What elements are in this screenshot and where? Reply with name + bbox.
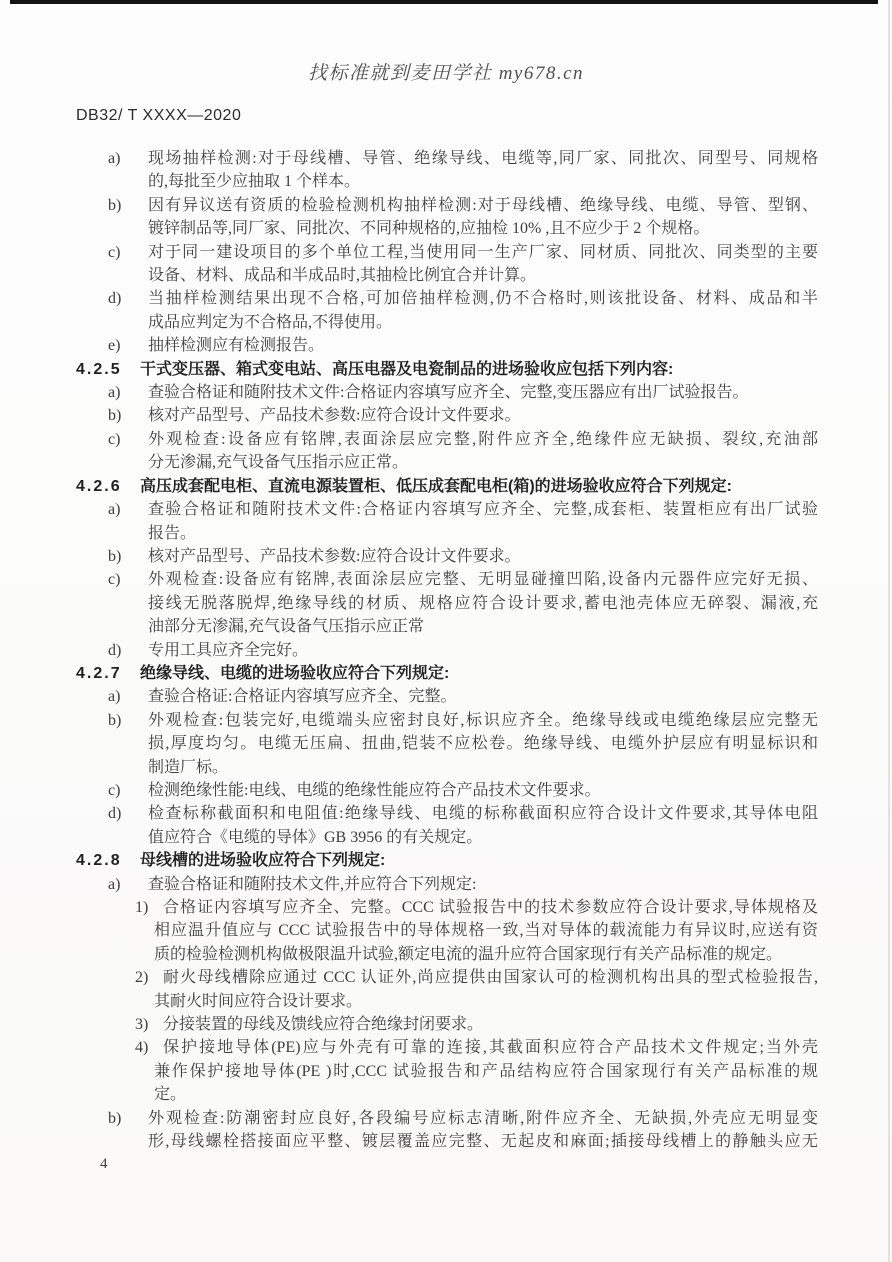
text-line: 对于同一建设项目的多个单位工程,当使用同一生产厂家、同材质、同批次、同类型的主要: [108, 241, 818, 264]
text-line: 形,母线螺栓搭接面应平整、镀层覆盖应完整、无起皮和麻面;插接母线槽上的静触头应无: [108, 1130, 818, 1153]
text-line: 质的检验检测机构做极限温升试验,额定电流的温升应符合国家现行有关产品标准的规定。: [135, 943, 818, 966]
item-label: c): [108, 241, 120, 264]
text-line: 抽样检测应有检测报告。: [108, 334, 818, 357]
text-line: 查验合格证和随附技术文件:合格证内容填写应齐全、完整,变压器应有出厂试验报告。: [108, 381, 818, 404]
item-label: 3): [135, 1013, 148, 1036]
text-line: 母线槽的进场验收应符合下列规定:: [76, 849, 818, 872]
item-label: d): [108, 802, 121, 825]
text-line: 报告。: [108, 522, 818, 545]
text-line: 查验合格证:合格证内容填写应齐全、完整。: [108, 685, 818, 708]
text-line: 检测绝缘性能:电线、电缆的绝缘性能应符合产品技术文件要求。: [108, 779, 818, 802]
list-item: 2)耐火母线槽除应通过 CCC 认证外,尚应提供由国家认可的检测机构出具的型式检…: [135, 966, 818, 1013]
list-item: a)现场抽样检测:对于母线槽、导管、绝缘导线、电缆等,同厂家、同批次、同型号、同…: [108, 147, 818, 194]
text-line: 兼作保护接地导体(PE )时,CCC 试验报告和产品结构应符合国家现行有关产品标…: [135, 1060, 818, 1083]
text-line: 镀锌制品等,同厂家、同批次、不同种规格的,应抽检 10% ,且不应少于 2 个规…: [108, 217, 818, 240]
list-item: d)当抽样检测结果出现不合格,可加倍抽样检测,仍不合格时,则该批设备、材料、成品…: [108, 287, 818, 334]
list-item: 4)保护接地导体(PE)应与外壳有可靠的连接,其截面积应符合产品技术文件规定;当…: [135, 1036, 818, 1106]
text-line: 成品应判定为不合格品,不得使用。: [108, 311, 818, 334]
text-line: 绝缘导线、电缆的进场验收应符合下列规定:: [76, 662, 818, 685]
list-item: a)查验合格证和随附技术文件:合格证内容填写应齐全、完整,变压器应有出厂试验报告…: [108, 381, 818, 404]
text-line: 的,每批至少应抽取 1 个样本。: [108, 170, 818, 193]
text-line: 值应符合《电缆的导体》GB 3956 的有关规定。: [108, 826, 818, 849]
document-body: a)现场抽样检测:对于母线槽、导管、绝缘导线、电缆等,同厂家、同批次、同型号、同…: [0, 147, 892, 1153]
list-item: d)检查标称截面积和电阻值:绝缘导线、电缆的标称截面积应符合设计文件要求,其导体…: [108, 802, 818, 849]
list-item: c)对于同一建设项目的多个单位工程,当使用同一生产厂家、同材质、同批次、同类型的…: [108, 241, 818, 288]
scan-artifact-top-bar: [10, 0, 878, 4]
text-line: 外观检查:设备应有铭牌,表面涂层应完整,附件应齐全,绝缘件应无缺损、裂纹,充油部: [108, 428, 818, 451]
text-line: 相应温升值应与 CCC 试验报告中的导体规格一致,当对导体的载流能力有异议时,应…: [135, 919, 818, 942]
text-line: 专用工具应齐全完好。: [108, 639, 818, 662]
list-item: c)外观检查:设备应有铭牌,表面涂层应完整、无明显碰撞凹陷,设备内元器件应完好无…: [108, 568, 818, 638]
list-item: c)外观检查:设备应有铭牌,表面涂层应完整,附件应齐全,绝缘件应无缺损、裂纹,充…: [108, 428, 818, 475]
list-item: 3)分接装置的母线及馈线应符合绝缘封闭要求。: [135, 1013, 818, 1036]
clause-heading: 4.2.6高压成套配电柜、直流电源装置柜、低压成套配电柜(箱)的进场验收应符合下…: [76, 475, 818, 498]
text-line: 现场抽样检测:对于母线槽、导管、绝缘导线、电缆等,同厂家、同批次、同型号、同规格: [108, 147, 818, 170]
list-item: a)查验合格证:合格证内容填写应齐全、完整。: [108, 685, 818, 708]
document-number: DB32/ T XXXX—2020: [76, 107, 241, 125]
item-label: 2): [135, 966, 148, 989]
item-label: d): [108, 639, 121, 662]
text-line: 耐火母线槽除应通过 CCC 认证外,尚应提供由国家认可的检测机构出具的型式检验报…: [135, 966, 818, 989]
item-label: b): [108, 709, 121, 732]
text-line: 接线无脱落脱焊,绝缘导线的材质、规格应符合设计要求,蓄电池壳体应无碎裂、漏液,充: [108, 592, 818, 615]
text-line: 分无渗漏,充气设备气压指示应正常。: [108, 451, 818, 474]
list-item: b)核对产品型号、产品技术参数:应符合设计文件要求。: [108, 545, 818, 568]
list-item: b)核对产品型号、产品技术参数:应符合设计文件要求。: [108, 404, 818, 427]
item-label: a): [108, 381, 120, 404]
text-line: 查验合格证和随附技术文件,并应符合下列规定:: [108, 873, 818, 896]
item-label: b): [108, 194, 121, 217]
item-label: e): [108, 334, 120, 357]
text-line: 合格证内容填写应齐全、完整。CCC 试验报告中的技术参数应符合设计要求,导体规格…: [135, 896, 818, 919]
item-label: c): [108, 428, 120, 451]
text-line: 干式变压器、箱式变电站、高压电器及电瓷制品的进场验收应包括下列内容:: [76, 358, 818, 381]
text-line: 外观检查:包装完好,电缆端头应密封良好,标识应齐全。绝缘导线或电缆绝缘层应完整无: [108, 709, 818, 732]
item-label: a): [108, 498, 120, 521]
text-line: 外观检查:设备应有铭牌,表面涂层应完整、无明显碰撞凹陷,设备内元器件应完好无损、: [108, 568, 818, 591]
text-line: 设备、材料、成品和半成品时,其抽检比例宜合并计算。: [108, 264, 818, 287]
text-line: 油部分无渗漏,充气设备气压指示应正常: [108, 615, 818, 638]
clause-heading: 4.2.5干式变压器、箱式变电站、高压电器及电瓷制品的进场验收应包括下列内容:: [76, 358, 818, 381]
item-label: 4.2.6: [76, 475, 122, 498]
item-label: c): [108, 779, 120, 802]
item-label: b): [108, 545, 121, 568]
list-item: e)抽样检测应有检测报告。: [108, 334, 818, 357]
item-label: a): [108, 147, 120, 170]
list-item: 1)合格证内容填写应齐全、完整。CCC 试验报告中的技术参数应符合设计要求,导体…: [135, 896, 818, 966]
clause-heading: 4.2.8母线槽的进场验收应符合下列规定:: [76, 849, 818, 872]
item-label: 4): [135, 1036, 148, 1059]
text-line: 高压成套配电柜、直流电源装置柜、低压成套配电柜(箱)的进场验收应符合下列规定:: [76, 475, 818, 498]
clause-heading: 4.2.7绝缘导线、电缆的进场验收应符合下列规定:: [76, 662, 818, 685]
text-line: 保护接地导体(PE)应与外壳有可靠的连接,其截面积应符合产品技术文件规定;当外壳: [135, 1036, 818, 1059]
item-label: 4.2.5: [76, 358, 122, 381]
list-item: b)因有异议送有资质的检验检测机构抽样检测:对于母线槽、绝缘导线、电缆、导管、型…: [108, 194, 818, 241]
list-item: b)外观检查:包装完好,电缆端头应密封良好,标识应齐全。绝缘导线或电缆绝缘层应完…: [108, 709, 818, 779]
text-line: 核对产品型号、产品技术参数:应符合设计文件要求。: [108, 545, 818, 568]
page-number: 4: [100, 1156, 108, 1173]
text-line: 定。: [135, 1083, 818, 1106]
list-item: d)专用工具应齐全完好。: [108, 639, 818, 662]
text-line: 其耐火时间应符合设计要求。: [135, 990, 818, 1013]
item-label: c): [108, 568, 120, 591]
item-label: b): [108, 404, 121, 427]
item-label: 4.2.8: [76, 849, 122, 872]
text-line: 检查标称截面积和电阻值:绝缘导线、电缆的标称截面积应符合设计文件要求,其导体电阻: [108, 802, 818, 825]
list-item: c)检测绝缘性能:电线、电缆的绝缘性能应符合产品技术文件要求。: [108, 779, 818, 802]
text-line: 损,厚度均匀。电缆无压扁、扭曲,铠装不应松卷。绝缘导线、电缆外护层应有明显标识和: [108, 732, 818, 755]
text-line: 当抽样检测结果出现不合格,可加倍抽样检测,仍不合格时,则该批设备、材料、成品和半: [108, 287, 818, 310]
item-label: a): [108, 685, 120, 708]
list-item: a)查验合格证和随附技术文件,并应符合下列规定:: [108, 873, 818, 896]
item-label: b): [108, 1107, 121, 1130]
text-line: 外观检查:防潮密封应良好,各段编号应标志清晰,附件应齐全、无缺损,外壳应无明显变: [108, 1107, 818, 1130]
text-line: 分接装置的母线及馈线应符合绝缘封闭要求。: [135, 1013, 818, 1036]
item-label: d): [108, 287, 121, 310]
item-label: a): [108, 873, 120, 896]
text-line: 核对产品型号、产品技术参数:应符合设计文件要求。: [108, 404, 818, 427]
item-label: 4.2.7: [76, 662, 122, 685]
text-line: 因有异议送有资质的检验检测机构抽样检测:对于母线槽、绝缘导线、电缆、导管、型钢、: [108, 194, 818, 217]
text-line: 查验合格证和随附技术文件:合格证内容填写应齐全、完整,成套柜、装置柜应有出厂试验: [108, 498, 818, 521]
list-item: b)外观检查:防潮密封应良好,各段编号应标志清晰,附件应齐全、无缺损,外壳应无明…: [108, 1107, 818, 1154]
scanned-document-page: 找标准就到麦田学社 my678.cn DB32/ T XXXX—2020 a)现…: [0, 0, 892, 1262]
text-line: 制造厂标。: [108, 756, 818, 779]
item-label: 1): [135, 896, 148, 919]
watermark-text: 找标准就到麦田学社 my678.cn: [0, 58, 892, 85]
list-item: a)查验合格证和随附技术文件:合格证内容填写应齐全、完整,成套柜、装置柜应有出厂…: [108, 498, 818, 545]
